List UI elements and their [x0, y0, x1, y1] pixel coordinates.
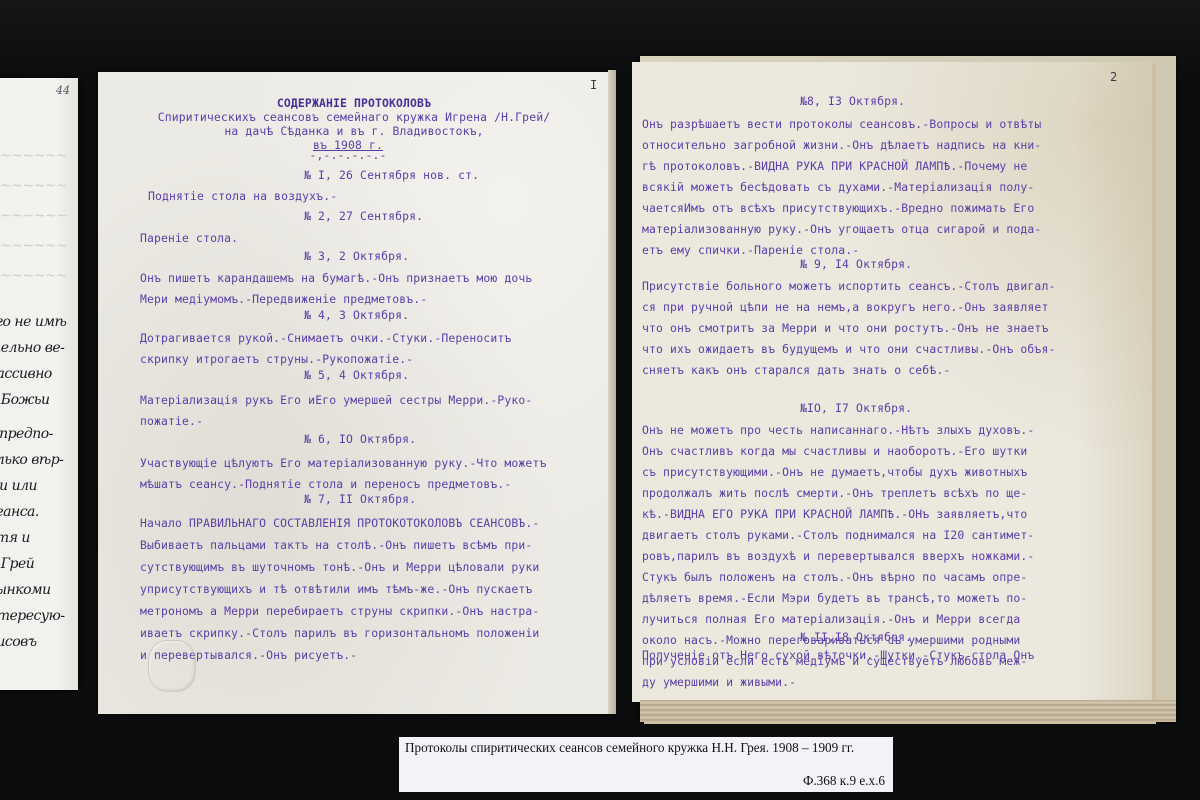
embossed-seal [148, 640, 196, 692]
entry-text: Матерiализацiя рукъ Его иЕго умершей сес… [140, 390, 532, 432]
faded-handwriting: ~~~~~~ [0, 208, 67, 224]
entry-heading: № 2, 27 Сентября. [304, 209, 423, 223]
handwritten-page: 44 ~~~~~~ ~~~~~~ ~~~~~~ ~~~~~~ ~~~~~~ ог… [0, 78, 78, 690]
handwritten-line: нтересую- [0, 608, 65, 624]
document-separator: -,-.-.-.-.- [98, 148, 598, 162]
document-title: СОДЕРЖАНIЕ ПРОТОКОЛОВЪ [98, 96, 610, 110]
faded-handwriting: ~~~~~~ [0, 268, 67, 284]
faded-handwriting: ~~~~~~ [0, 238, 67, 254]
exhibit-caption: Протоколы спиритических сеансов семейног… [399, 737, 893, 792]
entry-text: Онъ пишетъ карандашемъ на бумагѣ.-Онъ пр… [140, 268, 532, 310]
document-subtitle: Спиритическихъ сеансовъ семейнаго кружка… [98, 110, 610, 124]
handwritten-line: отя и [0, 530, 30, 546]
handwritten-line: ого не имѣ [0, 314, 66, 330]
entry-text: Начало ПРАВИЛЬНАГО СОСТАВЛЕНIЯ ПРОТОКОТО… [140, 512, 539, 666]
entry-text: Онъ разрѣшаетъ вести протоколы сеансовъ.… [642, 114, 1041, 261]
handwritten-page-number: 44 [56, 84, 70, 97]
entry-text: Полученiе отъ Него сухой вѣточки.-Шутки.… [642, 648, 1034, 662]
faded-handwriting: ~~~~~~ [0, 178, 67, 194]
handwritten-line: ми или [0, 478, 37, 494]
archive-reference: Ф.368 к.9 е.х.6 [803, 773, 885, 789]
entry-heading: №IO, I7 Октября. [800, 401, 912, 415]
handwritten-line: олько вѣр- [0, 452, 63, 468]
entry-text: Дотрагивается рукой.-Снимаетъ очки.-Стук… [140, 328, 511, 370]
entry-heading: № II,I8 Октября. [800, 630, 912, 644]
caption-title: Протоколы спиритических сеансов семейног… [405, 740, 889, 755]
entry-text: Присутствiе больного можетъ испортить се… [642, 276, 1055, 381]
entry-text: Участвующiе цѣлуютъ Его матерiализованну… [140, 453, 546, 495]
entry-heading: №8, I3 Октября. [800, 94, 905, 108]
entry-text: Поднятiе стола на воздухъ.- [148, 189, 337, 203]
typed-page-contents: I СОДЕРЖАНIЕ ПРОТОКОЛОВЪ Спиритическихъ … [98, 72, 610, 714]
handwritten-line: пассивно [0, 366, 52, 382]
handwritten-line: ъ Грей [0, 556, 34, 572]
entry-heading: № 9, I4 Октября. [800, 257, 912, 271]
handwritten-line: сеанса. [0, 504, 39, 520]
page-number: 2 [1110, 70, 1117, 84]
handwritten-line: тельно ве- [0, 340, 64, 356]
handwritten-line: дисовъ [0, 634, 37, 650]
typed-page-protocols: 2 №8, I3 Октября. Онъ разрѣшаетъ вести п… [632, 62, 1152, 702]
entry-heading: № 5, 4 Октября. [304, 368, 409, 382]
faded-handwriting: ~~~~~~ [0, 148, 67, 164]
entry-heading: № 7, II Октября. [304, 492, 416, 506]
page-edge [608, 70, 616, 714]
entry-heading: № 4, 3 Октября. [304, 308, 409, 322]
handwritten-line: вынкоми [0, 582, 51, 598]
entry-heading: № 6, IO Октября. [304, 432, 416, 446]
entry-heading: № I, 26 Сентября нов. ст. [304, 168, 479, 182]
entry-text: Паренiе стола. [140, 231, 238, 245]
page-number: I [590, 78, 597, 92]
handwritten-line: ь предпо- [0, 426, 53, 442]
paper-stack-edge [640, 700, 1176, 722]
entry-heading: № 3, 2 Октября. [304, 249, 409, 263]
handwritten-line: ъ Божьи [0, 392, 50, 408]
document-location: на дачѣ Сѣданка и въ г. Владивостокъ, [98, 124, 610, 138]
